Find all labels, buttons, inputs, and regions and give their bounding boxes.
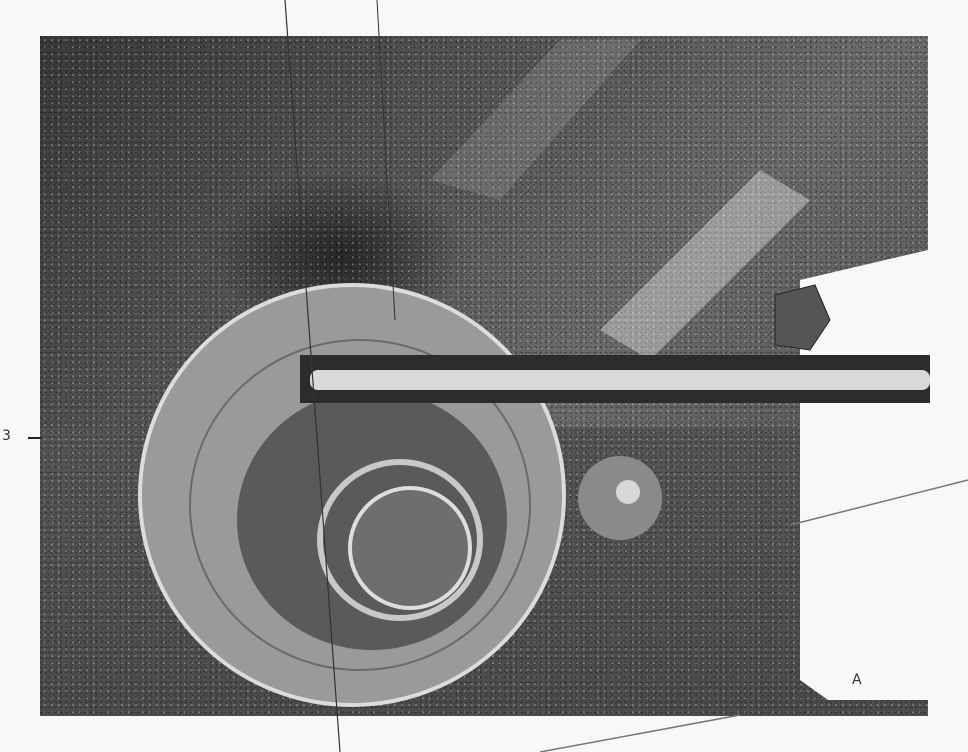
margin-label-3: 3	[2, 428, 11, 444]
hub	[350, 488, 470, 608]
shaft-highlight	[430, 40, 640, 200]
rod	[310, 370, 930, 390]
margin-label-a: A	[852, 672, 862, 688]
photo-shapes	[0, 0, 968, 752]
guide-line	[540, 715, 740, 752]
ball-highlight	[616, 480, 640, 504]
guide-line	[377, 0, 395, 320]
